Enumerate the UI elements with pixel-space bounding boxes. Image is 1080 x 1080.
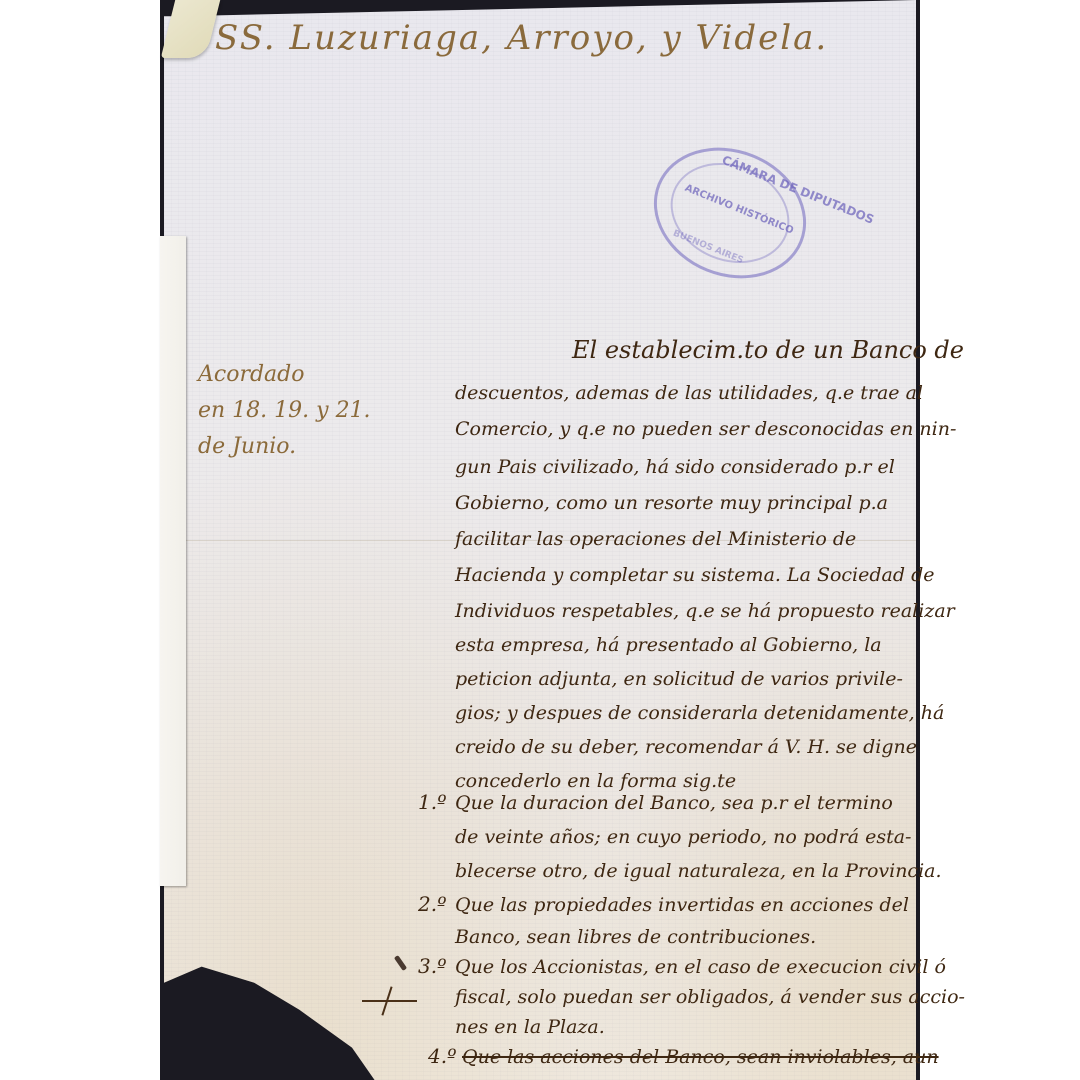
body-line: gios; y despues de considerarla detenida… [455, 702, 944, 724]
item-number: 4.º [428, 1044, 457, 1068]
item-line: blecerse otro, de igual naturaleza, en l… [455, 860, 942, 882]
body-line: gun Pais civilizado, há sido considerado… [455, 456, 895, 478]
item-line: de veinte años; en cuyo periodo, no podr… [455, 826, 911, 848]
body-line: El establecim.to de un Banco de [572, 336, 964, 364]
item-line: Que la duracion del Banco, sea p.r el te… [455, 792, 893, 814]
addressee-heading: SS. Luzuriaga, Arroyo, y Videla. [215, 18, 828, 58]
body-line: Individuos respetables, q.e se há propue… [455, 600, 955, 622]
body-line: concederlo en la forma sig.te [455, 770, 736, 792]
body-line: peticion adjunta, en solicitud de varios… [455, 668, 903, 690]
margin-cross-mark [362, 1000, 417, 1002]
body-line: descuentos, ademas de las utilidades, q.… [455, 382, 923, 404]
body-line: Comercio, y q.e no pueden ser desconocid… [455, 418, 956, 440]
body-line: Gobierno, como un resorte muy principal … [455, 492, 888, 514]
item-line: fiscal, solo puedan ser obligados, á ven… [455, 986, 965, 1008]
item-number: 1.º [418, 790, 447, 814]
item-line: Banco, sean libres de contribuciones. [455, 926, 816, 948]
body-line: facilitar las operaciones del Ministerio… [455, 528, 856, 550]
item-line: Que los Accionistas, en el caso de execu… [455, 956, 946, 978]
item-number: 2.º [418, 892, 447, 916]
body-line: creido de su deber, recomendar á V. H. s… [455, 736, 917, 758]
margin-note-line: Acordado [198, 362, 305, 387]
item-number: 3.º [418, 954, 447, 978]
margin-note-line: de Junio. [198, 434, 296, 459]
body-line: Hacienda y completar su sistema. La Soci… [455, 564, 934, 586]
item-line: nes en la Plaza. [455, 1016, 605, 1038]
item-line: Que las propiedades invertidas en accion… [455, 894, 909, 916]
margin-note-line: en 18. 19. y 21. [198, 398, 371, 423]
body-line: esta empresa, há presentado al Gobierno,… [455, 634, 882, 656]
struck-item-line: Que las acciones del Banco, sean inviola… [462, 1046, 939, 1068]
paper-flap [160, 236, 186, 886]
